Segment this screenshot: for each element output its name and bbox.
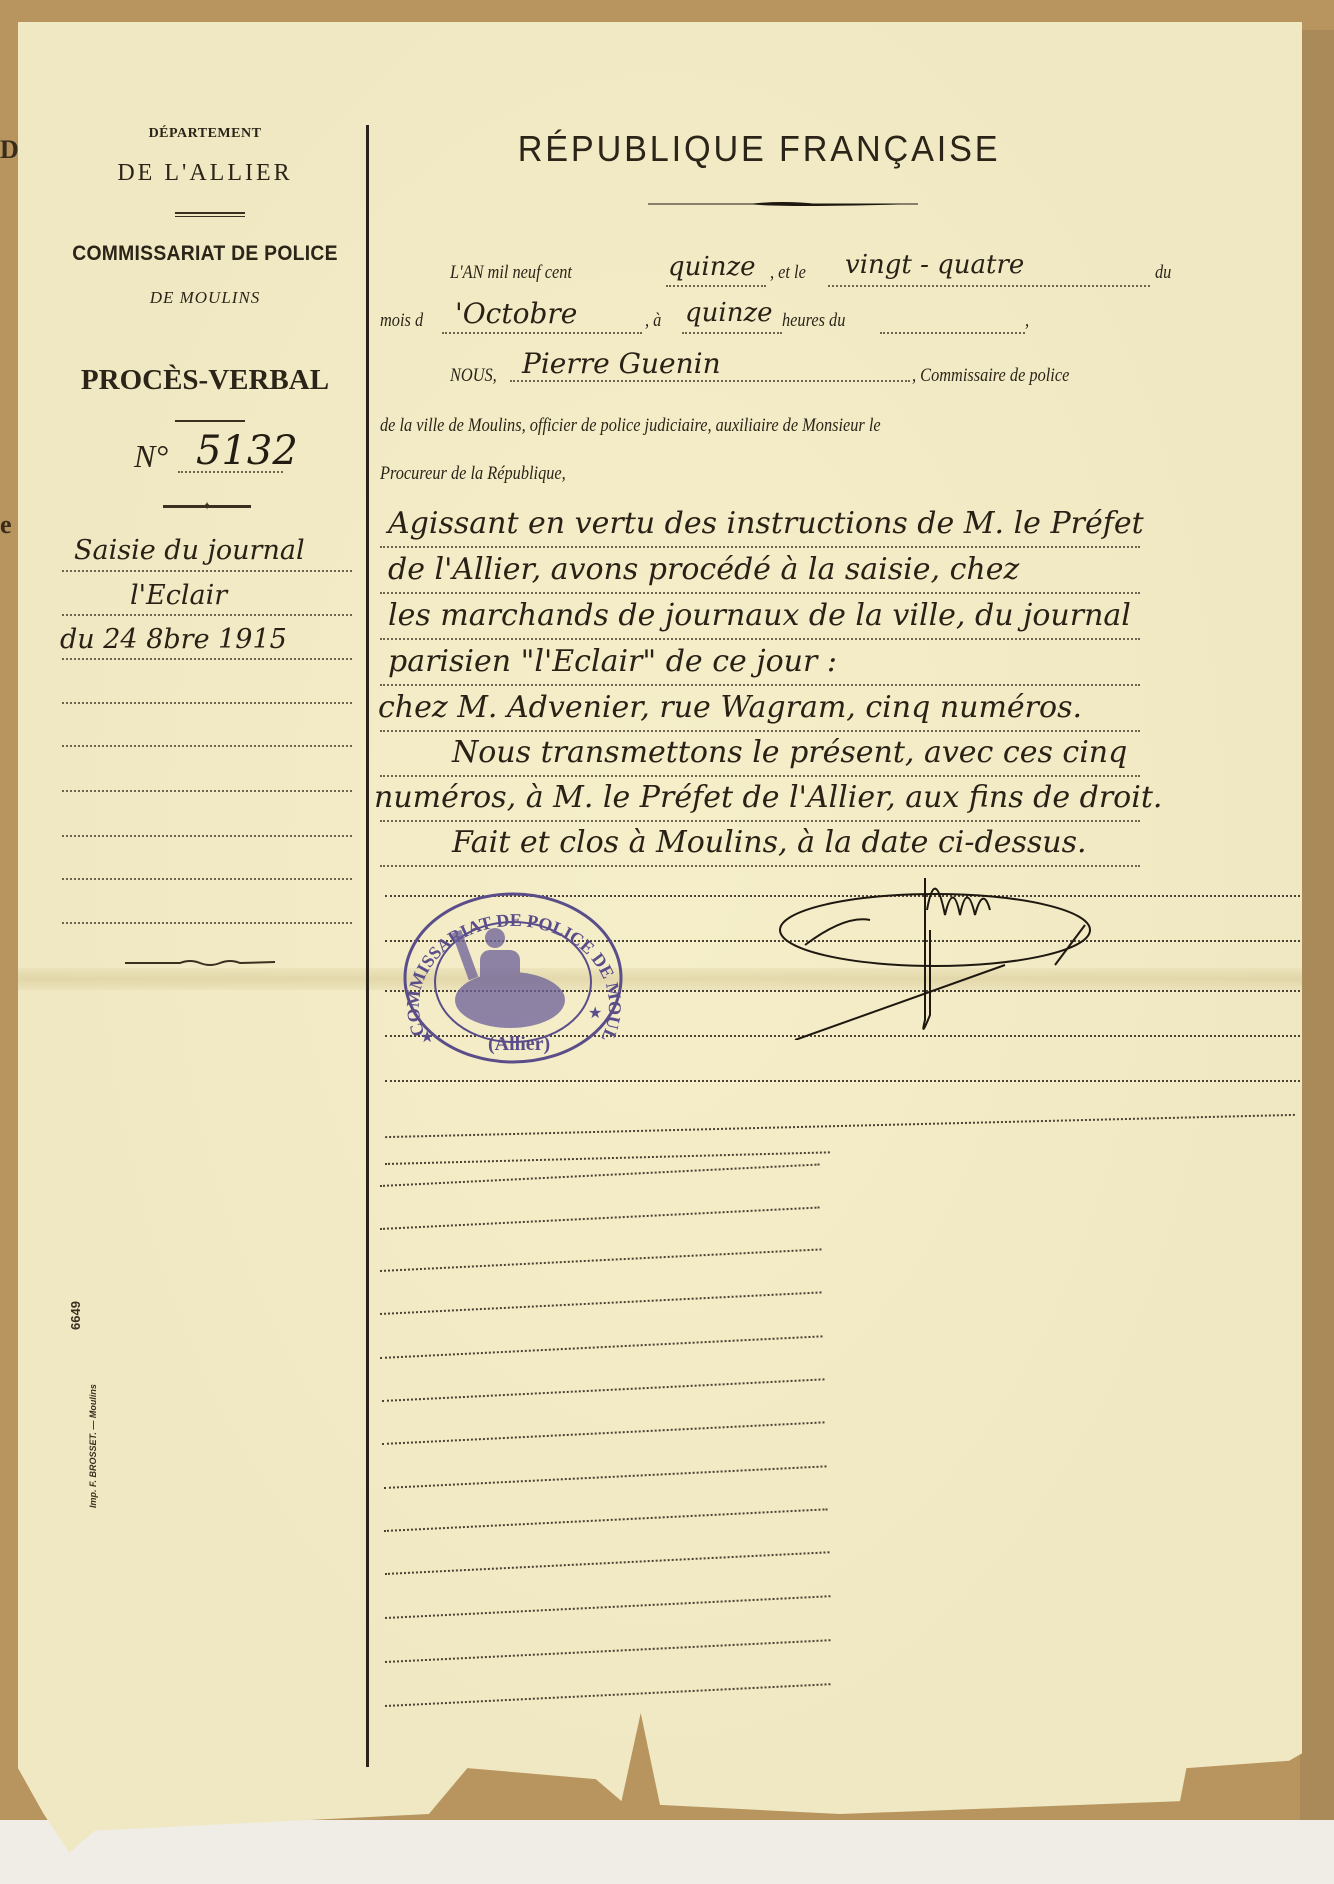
body-line-2: de l'Allier, avons procédé à la saisie, … [388, 552, 1019, 587]
form-line-3-prefix: NOUS, [450, 365, 497, 387]
form-line-5: Procureur de la République, [380, 463, 566, 485]
department-name: DE L'ALLIER [55, 160, 355, 187]
printer-imprint: Imp. F. BROSSET. — Moulins [88, 1384, 98, 1508]
year-value: quinze [668, 252, 756, 282]
office-name: COMMISSARIAT DE POLICE [67, 242, 343, 266]
body-line-1: Agissant en vertu des instructions de M.… [388, 506, 1144, 541]
body-line-6: Nous transmettons le présent, avec ces c… [452, 735, 1127, 770]
svg-text:★: ★ [420, 1029, 434, 1046]
body-line-3: les marchands de journaux de la ville, d… [388, 598, 1131, 633]
body-line-5: chez M. Advenier, rue Wagram, cinq numér… [378, 690, 1082, 725]
republique-francaise-title: RÉPUBLIQUE FRANÇAISE [518, 128, 1001, 170]
folder-backing-right [1300, 30, 1334, 1820]
commissioner-name: Pierre Guenin [522, 347, 721, 380]
police-stamp: COMMISSARIAT DE POLICE DE MOULINS ★ ★ (A… [400, 890, 625, 1065]
title-separator [648, 201, 918, 207]
body-line-8: Fait et clos à Moulins, à la date ci-des… [452, 825, 1087, 860]
city-name: DE MOULINS [55, 288, 355, 308]
column-divider [366, 125, 369, 1767]
double-rule [175, 212, 245, 214]
number-label: N° [134, 438, 168, 475]
svg-text:(Allier): (Allier) [488, 1033, 550, 1055]
form-line-2-prefix: mois d [380, 310, 423, 332]
form-line-4: de la ville de Moulins, officier de poli… [380, 415, 881, 437]
department-label: DÉPARTEMENT [55, 126, 355, 142]
wavy-ornament [175, 420, 245, 422]
form-title: PROCÈS-VERBAL [55, 364, 355, 397]
subject-line-1: Saisie du journal [74, 535, 305, 566]
svg-text:★: ★ [588, 1005, 602, 1022]
closing-ornament [120, 955, 280, 971]
form-line-1-prefix: L'AN mil neuf cent [450, 262, 572, 284]
hour-value: quinze [685, 298, 773, 328]
subject-line-2: l'Eclair [130, 580, 227, 611]
number-value: 5132 [196, 428, 298, 474]
paper-fold [18, 968, 1302, 990]
day-value: vingt - quatre [845, 250, 1024, 280]
month-value: 'Octobre [455, 297, 577, 330]
signature [755, 870, 1095, 1040]
body-line-4: parisien "l'Eclair" de ce jour : [388, 644, 837, 679]
body-line-7: numéros, à M. le Préfet de l'Allier, aux… [374, 780, 1162, 815]
subject-line-3: du 24 8bre 1915 [60, 624, 287, 655]
imprint-number: 6649 [68, 1301, 83, 1330]
